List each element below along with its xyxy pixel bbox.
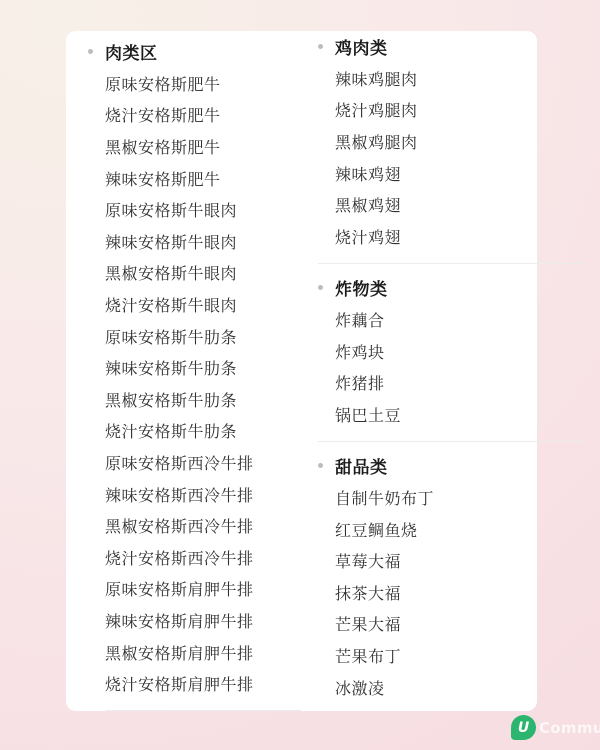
- list-item: 原味安格斯肥牛: [105, 68, 301, 100]
- list-item: 炸鸡块: [335, 335, 585, 367]
- list-item-label: 黑椒鸡腿肉: [335, 130, 418, 153]
- list-item: 黑椒鸡腿肉: [335, 126, 585, 158]
- section-divider: [318, 441, 585, 442]
- list-item-label: 芒果大福: [335, 612, 401, 635]
- list-item-label: 黑椒鸡翅: [335, 193, 401, 216]
- list-item: 辣味鸡腿肉: [335, 63, 585, 95]
- list-item: 黑椒安格斯牛肋条: [105, 384, 301, 416]
- list-item-label: 辣味安格斯牛肋条: [105, 356, 237, 379]
- section-header: 甜品类: [335, 450, 585, 482]
- list-item-label: 黑椒安格斯西冷牛排: [105, 514, 254, 537]
- list-item: 锅巴土豆: [335, 399, 585, 431]
- list-item-label: 锅巴土豆: [335, 403, 401, 426]
- list-item-label: 烧汁安格斯西冷牛排: [105, 546, 254, 569]
- list-item: 黑椒安格斯西冷牛排: [105, 510, 301, 542]
- list-item: 烧汁鸡翅: [335, 221, 585, 253]
- list-item-label: 黑椒安格斯牛肋条: [105, 388, 237, 411]
- list-item: 烧汁安格斯西冷牛排: [105, 542, 301, 574]
- list-item-label: 自制牛奶布丁: [335, 486, 434, 509]
- section-header-label: 炸物类: [335, 275, 388, 300]
- menu-card: 肉类区原味安格斯肥牛烧汁安格斯肥牛黑椒安格斯肥牛辣味安格斯肥牛原味安格斯牛眼肉辣…: [66, 31, 537, 711]
- u-community-logo-icon: U: [511, 715, 536, 740]
- list-item: 芒果大福: [335, 608, 585, 640]
- list-item-label: 炸藕合: [335, 308, 385, 331]
- list-item: 烧汁安格斯牛眼肉: [105, 289, 301, 321]
- list-item-label: 抹茶大福: [335, 581, 401, 604]
- list-item-label: 烧汁鸡翅: [335, 225, 401, 248]
- list-item-label: 烧汁安格斯肩胛牛排: [105, 672, 254, 695]
- menu-column-left: 肉类区原味安格斯肥牛烧汁安格斯肥牛黑椒安格斯肥牛辣味安格斯肥牛原味安格斯牛眼肉辣…: [105, 31, 301, 719]
- list-item-label: 原味安格斯肩胛牛排: [105, 577, 254, 600]
- logo-letter: U: [518, 720, 529, 736]
- list-item-label: 原味安格斯牛眼肉: [105, 198, 237, 221]
- list-item: 辣味安格斯肩胛牛排: [105, 605, 301, 637]
- list-item: 辣味安格斯牛眼肉: [105, 226, 301, 258]
- list-item-label: 辣味鸡腿肉: [335, 67, 418, 90]
- list-item-label: 烧汁鸡腿肉: [335, 98, 418, 121]
- list-item: 黑椒安格斯牛眼肉: [105, 257, 301, 289]
- section-header: 鸡肉类: [335, 31, 585, 63]
- list-item-label: 炸鸡块: [335, 340, 385, 363]
- list-item-label: 辣味安格斯牛眼肉: [105, 230, 237, 253]
- list-item: 黑椒鸡翅: [335, 189, 585, 221]
- section-divider: [318, 263, 585, 264]
- list-item-label: 黑椒安格斯肥牛: [105, 135, 221, 158]
- section-header: 炸物类: [335, 272, 585, 304]
- list-item-label: 草莓大福: [335, 549, 401, 572]
- list-item: 辣味鸡翅: [335, 157, 585, 189]
- list-item: 冰激凌: [335, 671, 585, 703]
- list-item: 自制牛奶布丁: [335, 482, 585, 514]
- watermark-text: Community: [539, 719, 600, 737]
- list-item: 原味安格斯牛肋条: [105, 320, 301, 352]
- list-item-label: 原味安格斯肥牛: [105, 72, 221, 95]
- list-item-label: 冰激凌: [335, 676, 385, 699]
- list-item-label: 辣味安格斯西冷牛排: [105, 483, 254, 506]
- list-item: 烧汁安格斯肩胛牛排: [105, 668, 301, 700]
- list-item-label: 辣味安格斯肥牛: [105, 167, 221, 190]
- list-item-label: 烧汁安格斯肥牛: [105, 103, 221, 126]
- list-item: 抹茶大福: [335, 577, 585, 609]
- section-header: 肉类区: [105, 36, 301, 68]
- list-item-label: 黑椒安格斯牛眼肉: [105, 261, 237, 284]
- list-item: 红豆鲷鱼烧: [335, 513, 585, 545]
- list-item-label: 黑椒安格斯肩胛牛排: [105, 641, 254, 664]
- list-item-label: 烧汁安格斯牛肋条: [105, 419, 237, 442]
- list-item-label: 原味安格斯牛肋条: [105, 325, 237, 348]
- list-item: 辣味安格斯肥牛: [105, 162, 301, 194]
- list-item-label: 辣味安格斯肩胛牛排: [105, 609, 254, 632]
- bullet-dot-icon: [318, 285, 323, 290]
- list-item: 烧汁安格斯牛肋条: [105, 415, 301, 447]
- list-item-label: 芒果布丁: [335, 644, 401, 667]
- bullet-dot-icon: [88, 49, 93, 54]
- section-header-label: 肉类区: [105, 39, 158, 64]
- list-item: 辣味安格斯牛肋条: [105, 352, 301, 384]
- list-item: 原味安格斯西冷牛排: [105, 447, 301, 479]
- list-item: 芒果布丁: [335, 640, 585, 672]
- section-header-label: 鸡肉类: [335, 34, 388, 59]
- list-item: 黑椒安格斯肩胛牛排: [105, 636, 301, 668]
- section-header-label: 甜品类: [335, 453, 388, 478]
- list-item-label: 炸猪排: [335, 371, 385, 394]
- list-item: 原味安格斯肩胛牛排: [105, 573, 301, 605]
- section-divider: [105, 710, 301, 711]
- list-item: 草莓大福: [335, 545, 585, 577]
- list-item: 辣味安格斯西冷牛排: [105, 478, 301, 510]
- menu-column-right: 鸡肉类辣味鸡腿肉烧汁鸡腿肉黑椒鸡腿肉辣味鸡翅黑椒鸡翅烧汁鸡翅炸物类炸藕合炸鸡块炸…: [335, 31, 585, 703]
- list-item: 烧汁安格斯肥牛: [105, 99, 301, 131]
- list-item: 原味安格斯牛眼肉: [105, 194, 301, 226]
- list-item: 烧汁鸡腿肉: [335, 94, 585, 126]
- list-item-label: 辣味鸡翅: [335, 162, 401, 185]
- list-item-label: 原味安格斯西冷牛排: [105, 451, 254, 474]
- list-item: 炸藕合: [335, 304, 585, 336]
- list-item-label: 红豆鲷鱼烧: [335, 518, 418, 541]
- watermark: U Community: [511, 715, 600, 740]
- list-item: 黑椒安格斯肥牛: [105, 131, 301, 163]
- list-item: 炸猪排: [335, 367, 585, 399]
- bullet-dot-icon: [318, 463, 323, 468]
- bullet-dot-icon: [318, 44, 323, 49]
- list-item-label: 烧汁安格斯牛眼肉: [105, 293, 237, 316]
